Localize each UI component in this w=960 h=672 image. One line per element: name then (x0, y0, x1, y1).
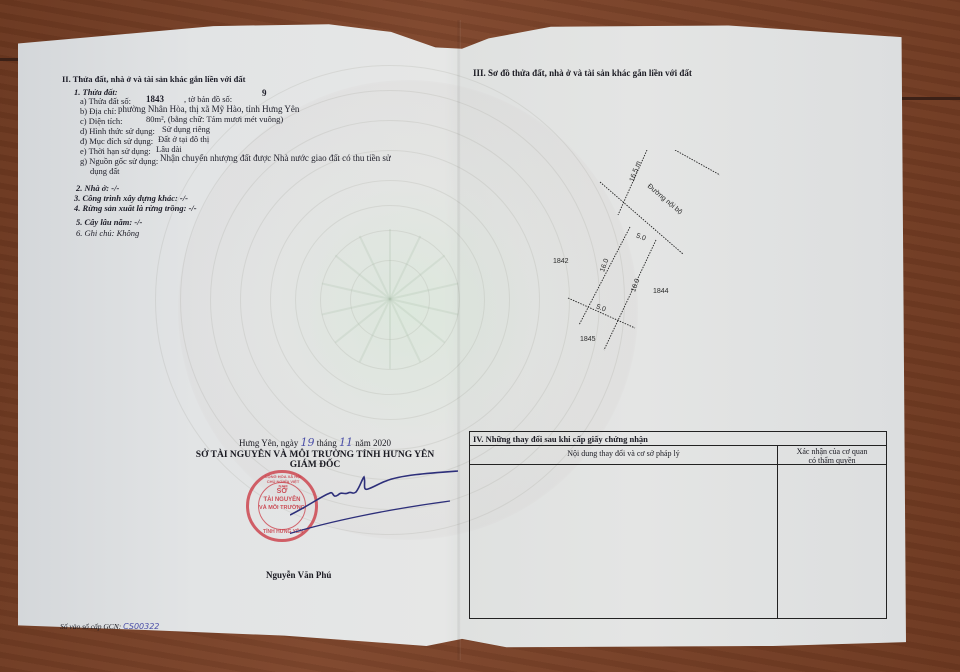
column-confirmation-line1: Xác nhận của cơ quan (778, 447, 886, 456)
other-construction-line: 3. Công trình xây dựng khác: -/- (74, 193, 188, 203)
signer-name: Nguyễn Văn Phú (266, 570, 331, 580)
origin-value-continued: dụng đất (90, 166, 120, 176)
map-sheet-number: 9 (262, 88, 267, 98)
neighbor-1842: 1842 (553, 258, 569, 265)
watermark-star-ray (389, 229, 391, 299)
use-form-value: Sử dụng riêng (162, 124, 210, 134)
page-fold (457, 20, 461, 660)
month-label: tháng (317, 438, 337, 448)
director-signature (290, 465, 460, 545)
parcel-sketch: 16.5 m Đường nội bộ 5.0 16.0 16.0 5.0 18… (540, 150, 720, 360)
address-value: phường Nhân Hòa, thị xã Mỹ Hào, tỉnh Hưn… (118, 104, 299, 114)
date-day: 19 (301, 436, 315, 449)
parcel-sketch-lines (540, 150, 720, 360)
certificate-registry-number: Số vào sổ cấp GCN: CS00322 (60, 622, 159, 631)
perennial-trees-line: 5. Cây lâu năm: -/- (76, 217, 142, 227)
house-line: 2. Nhà ở: -/- (76, 183, 119, 193)
registry-value: CS00322 (123, 622, 159, 631)
neighbor-1844: 1844 (653, 288, 669, 295)
floor-tile-seam (900, 97, 960, 100)
registry-label: Số vào sổ cấp GCN: (60, 622, 121, 631)
change-content-cell (470, 465, 778, 618)
map-sheet-label: , tờ bản đồ số: (184, 94, 232, 104)
changes-table-header: Nội dung thay đổi và cơ sở pháp lý Xác n… (470, 446, 886, 465)
column-change-content: Nội dung thay đổi và cơ sở pháp lý (470, 446, 778, 464)
term-label: e) Thời hạn sử dụng: (80, 146, 151, 156)
section-2-title: II. Thửa đất, nhà ở và tài sản khác gắn … (62, 74, 245, 84)
section-3-title: III. Sơ đồ thửa đất, nhà ở và tài sản kh… (473, 68, 692, 78)
date-year: năm 2020 (355, 438, 391, 448)
purpose-value: Đất ở tại đô thị (158, 134, 209, 144)
column-confirmation-line2: có thẩm quyền (778, 456, 886, 465)
changes-table-body (470, 465, 886, 618)
date-month: 11 (339, 436, 353, 449)
production-forest-line: 4. Rừng sản xuất là rừng trồng: -/- (74, 203, 197, 213)
origin-label: g) Nguồn gốc sử dụng: (80, 156, 158, 166)
column-authority-confirmation: Xác nhận của cơ quan có thẩm quyền (778, 446, 886, 464)
parcel-number: 1843 (146, 94, 164, 104)
purpose-label: đ) Mục đích sử dụng: (80, 136, 153, 146)
section-4-title: IV. Những thay đổi sau khi cấp giấy chứn… (470, 432, 886, 446)
changes-table: IV. Những thay đổi sau khi cấp giấy chứn… (469, 431, 887, 619)
issuing-organization: SỞ TÀI NGUYÊN VÀ MÔI TRƯỜNG TỈNH HƯNG YÊ… (170, 450, 460, 460)
watermark-star-ray (389, 299, 391, 369)
date-prefix: Hưng Yên, ngày (239, 438, 298, 448)
use-form-label: d) Hình thức sử dụng: (80, 126, 155, 136)
neighbor-1845: 1845 (580, 336, 596, 343)
origin-value: Nhận chuyển nhượng đất được Nhà nước gia… (160, 153, 391, 163)
notes-line: 6. Ghi chú: Không (76, 228, 139, 238)
issue-date: Hưng Yên, ngày 19 tháng 11 năm 2020 (170, 436, 460, 449)
address-label: b) Địa chỉ: (80, 106, 116, 116)
area-value: 80m², (bằng chữ: Tám mươi mét vuông) (146, 114, 283, 124)
area-label: c) Diện tích: (80, 116, 122, 126)
